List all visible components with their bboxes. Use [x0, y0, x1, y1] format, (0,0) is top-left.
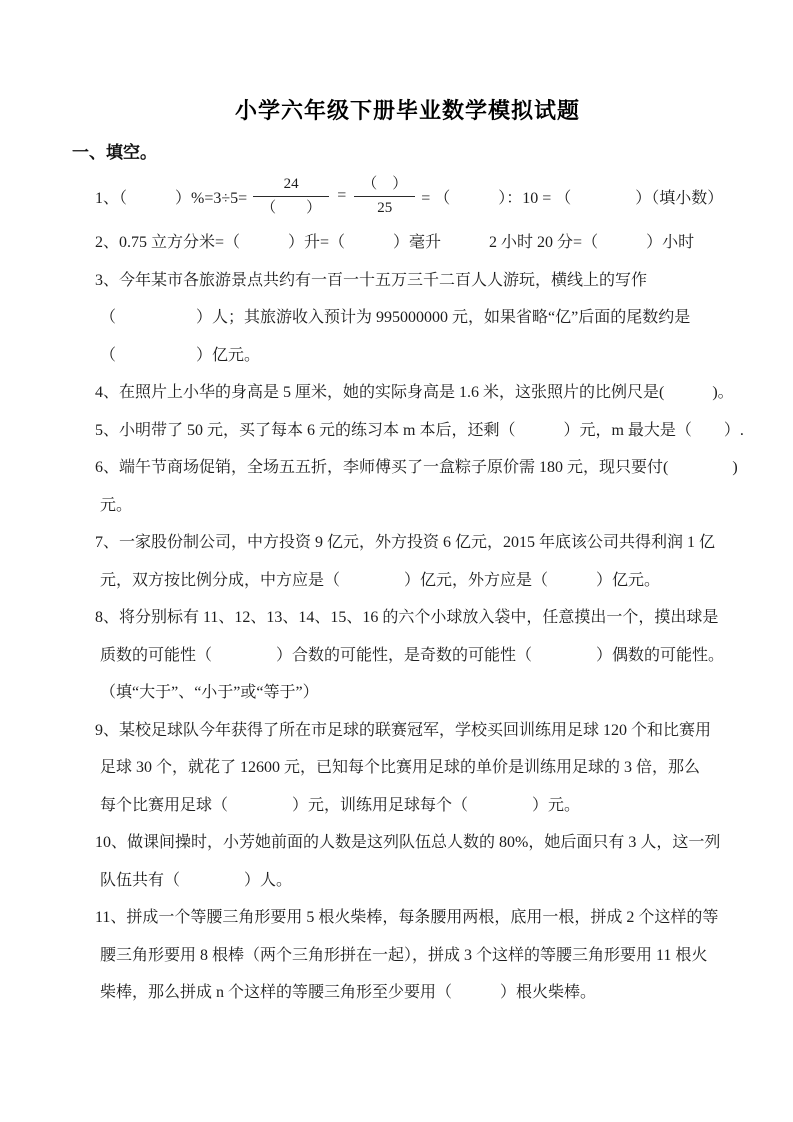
- question-3-line-3: （ ）亿元。: [95, 337, 743, 375]
- question-2: 2、0.75 立方分米=（ ）升=（ ）毫升 2 小时 20 分=（ ）小时: [95, 224, 743, 262]
- question-6: 6、端午节商场促销，全场五五折，李师傅买了一盒粽子原价需 180 元，现只要付(…: [95, 449, 743, 524]
- question-1: 1、（ ）%=3÷5= 24 （ ） = （ ） 25 = （ ）：10 = （…: [95, 168, 743, 224]
- question-8-line-2: 质数的可能性（ ）合数的可能性，是奇数的可能性（ ）偶数的可能性。: [95, 637, 743, 675]
- question-9-line-3: 每个比赛用足球（ ）元，训练用足球每个（ ）元。: [95, 787, 743, 825]
- question-6-line-1: 6、端午节商场促销，全场五五折，李师傅买了一盒粽子原价需 180 元，现只要付(…: [95, 449, 743, 487]
- question-list: 1、（ ）%=3÷5= 24 （ ） = （ ） 25 = （ ）：10 = （…: [72, 168, 743, 1012]
- question-11-line-3: 柴棒，那么拼成 n 个这样的等腰三角形至少要用（ ）根火柴棒。: [95, 974, 743, 1012]
- question-10-line-2: 队伍共有（ ）人。: [95, 862, 743, 900]
- question-1-suffix: = （ ）：10 = （ ）（填小数）: [421, 185, 723, 208]
- question-9: 9、某校足球队今年获得了所在市足球的联赛冠军，学校买回训练用足球 120 个和比…: [95, 712, 743, 825]
- question-11-line-1: 11、拼成一个等腰三角形要用 5 根火柴棒，每条腰用两根，底用一根，拼成 2 个…: [95, 899, 743, 937]
- question-9-line-2: 足球 30 个，就花了 12600 元，已知每个比赛用足球的单价是训练用足球的 …: [95, 749, 743, 787]
- question-11-line-2: 腰三角形要用 8 根棒（两个三角形拼在一起），拼成 3 个这样的等腰三角形要用 …: [95, 937, 743, 975]
- question-5-line-1: 5、小明带了 50 元，买了每本 6 元的练习本 m 本后，还剩（ ）元，m 最…: [95, 412, 743, 450]
- question-3-line-1: 3、今年某市各旅游景点共约有一百一十五万三千二百人人游玩，横线上的写作: [95, 262, 743, 300]
- question-8-line-3: （填“大于”、“小于”或“等于”）: [95, 674, 743, 712]
- question-1-equals-sign: =: [337, 187, 346, 205]
- fraction-1-denominator: （ ）: [253, 197, 329, 218]
- fraction-1: 24 （ ）: [253, 175, 329, 218]
- fraction-2: （ ） 25: [354, 175, 415, 218]
- question-10: 10、做课间操时，小芳她前面的人数是这列队伍总人数的 80%，她后面只有 3 人…: [95, 824, 743, 899]
- page-title: 小学六年级下册毕业数学模拟试题: [72, 96, 743, 126]
- fraction-1-numerator: 24: [253, 175, 329, 197]
- question-11: 11、拼成一个等腰三角形要用 5 根火柴棒，每条腰用两根，底用一根，拼成 2 个…: [95, 899, 743, 1012]
- question-8-line-1: 8、将分别标有 11、12、13、14、15、16 的六个小球放入袋中，任意摸出…: [95, 599, 743, 637]
- question-4: 4、在照片上小华的身高是 5 厘米，她的实际身高是 1.6 米，这张照片的比例尺…: [95, 374, 743, 412]
- section-heading-fill-blanks: 一、填空。: [72, 140, 743, 166]
- question-1-prefix: 1、（ ）%=3÷5=: [95, 185, 247, 208]
- question-10-line-1: 10、做课间操时，小芳她前面的人数是这列队伍总人数的 80%，她后面只有 3 人…: [95, 824, 743, 862]
- question-6-line-2: 元。: [95, 487, 743, 525]
- question-3: 3、今年某市各旅游景点共约有一百一十五万三千二百人人游玩，横线上的写作 （ ）人…: [95, 262, 743, 375]
- question-2-line-1: 2、0.75 立方分米=（ ）升=（ ）毫升 2 小时 20 分=（ ）小时: [95, 224, 743, 262]
- question-5: 5、小明带了 50 元，买了每本 6 元的练习本 m 本后，还剩（ ）元，m 最…: [95, 412, 743, 450]
- question-7-line-1: 7、一家股份制公司，中方投资 9 亿元，外方投资 6 亿元，2015 年底该公司…: [95, 524, 743, 562]
- question-7: 7、一家股份制公司，中方投资 9 亿元，外方投资 6 亿元，2015 年底该公司…: [95, 524, 743, 599]
- question-9-line-1: 9、某校足球队今年获得了所在市足球的联赛冠军，学校买回训练用足球 120 个和比…: [95, 712, 743, 750]
- document-page: 小学六年级下册毕业数学模拟试题 一、填空。 1、（ ）%=3÷5= 24 （ ）…: [0, 0, 793, 1122]
- question-7-line-2: 元，双方按比例分成，中方应是（ ）亿元，外方应是（ ）亿元。: [95, 562, 743, 600]
- question-4-line-1: 4、在照片上小华的身高是 5 厘米，她的实际身高是 1.6 米，这张照片的比例尺…: [95, 374, 743, 412]
- question-3-line-2: （ ）人；其旅游收入预计为 995000000 元，如果省略“亿”后面的尾数约是: [95, 299, 743, 337]
- fraction-2-denominator: 25: [354, 197, 415, 218]
- fraction-2-numerator: （ ）: [354, 175, 415, 197]
- question-8: 8、将分别标有 11、12、13、14、15、16 的六个小球放入袋中，任意摸出…: [95, 599, 743, 712]
